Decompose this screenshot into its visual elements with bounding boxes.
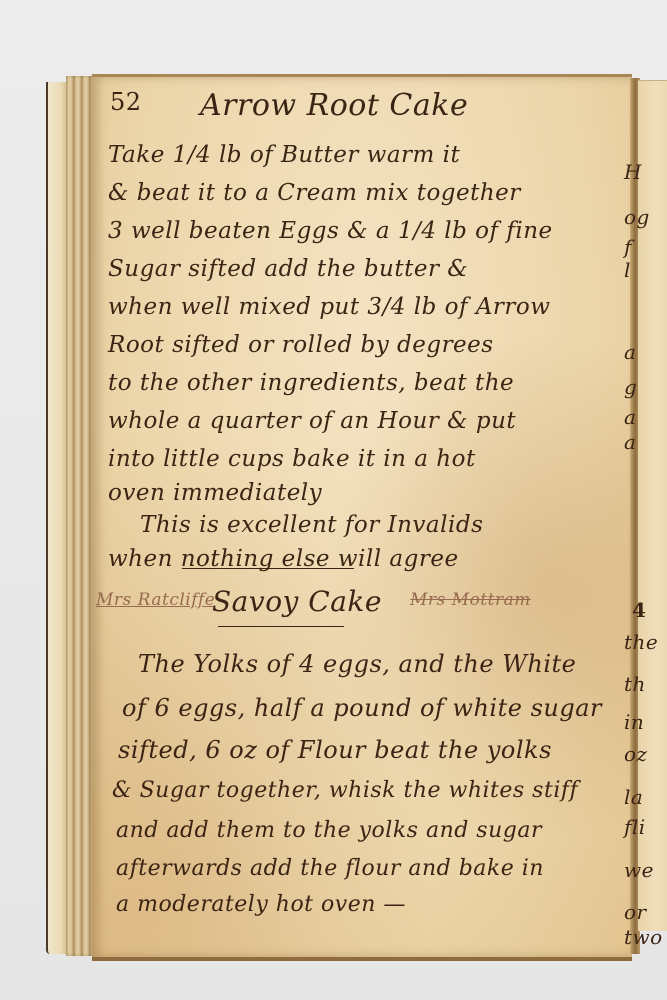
right-page-fragment: og: [624, 205, 650, 229]
attribution-left: Mrs Ratcliffe: [96, 590, 215, 610]
right-page-fragment: oz: [624, 742, 648, 766]
underline-rule: [182, 568, 354, 569]
right-page-fragment: fli: [624, 815, 646, 839]
right-page-fragment: th: [624, 672, 646, 696]
recipe-line: and add them to the yolks and sugar: [116, 818, 542, 843]
recipe-line: when well mixed put 3/4 lb of Arrow: [108, 294, 550, 320]
recipe-line: afterwards add the flour and bake in: [116, 856, 544, 881]
recipe-line: Sugar sifted add the butter &: [108, 256, 468, 282]
recipe-line: oven immediately: [108, 480, 322, 506]
page-number: 52: [110, 88, 142, 116]
page-stack-edges: [66, 76, 94, 956]
recipe-line: The Yolks of 4 eggs, and the White: [138, 650, 576, 678]
right-page-fragment: a: [624, 430, 636, 454]
attribution-right-struck: Mrs Mottram: [410, 590, 531, 610]
right-page-fragment: a: [624, 340, 636, 364]
recipe-line: a moderately hot oven —: [116, 892, 406, 917]
right-page-fragment: two: [624, 925, 663, 949]
right-page-fragment: or: [624, 900, 647, 924]
recipe-line: whole a quarter of an Hour & put: [108, 408, 516, 434]
right-page-fragment: in: [624, 710, 644, 734]
recipe-title-savoy-cake: Savoy Cake: [212, 585, 382, 618]
right-page-fragment: H: [624, 160, 642, 184]
recipe-line: into little cups bake it in a hot: [108, 446, 476, 472]
title-underline: [218, 626, 344, 627]
right-page-fragment: we: [624, 858, 654, 882]
recipe-line: Take 1/4 lb of Butter warm it: [108, 142, 460, 168]
recipe-line: 3 well beaten Eggs & a 1/4 lb of fine: [108, 218, 553, 244]
recipe-line: of 6 eggs, half a pound of white sugar: [122, 694, 602, 722]
right-page-fragment: g: [624, 375, 637, 399]
right-page-fragment: 4: [632, 598, 646, 622]
recipe-line: Root sifted or rolled by degrees: [108, 332, 494, 358]
recipe-line: to the other ingredients, beat the: [108, 370, 514, 396]
right-page-fragment: a: [624, 405, 636, 429]
recipe-line: & Sugar together, whisk the whites stiff: [112, 778, 578, 803]
recipe-line: & beat it to a Cream mix together: [108, 180, 521, 206]
recipe-title-arrow-root-cake: Arrow Root Cake: [200, 88, 468, 123]
recipe-note: This is excellent for Invalids: [140, 512, 483, 538]
right-page-fragment: the: [624, 630, 658, 654]
recipe-line: sifted, 6 oz of Flour beat the yolks: [118, 736, 552, 764]
right-page-fragment: l: [624, 258, 631, 282]
right-page-fragment: la: [624, 785, 643, 809]
right-page-fragment: f: [624, 235, 632, 259]
